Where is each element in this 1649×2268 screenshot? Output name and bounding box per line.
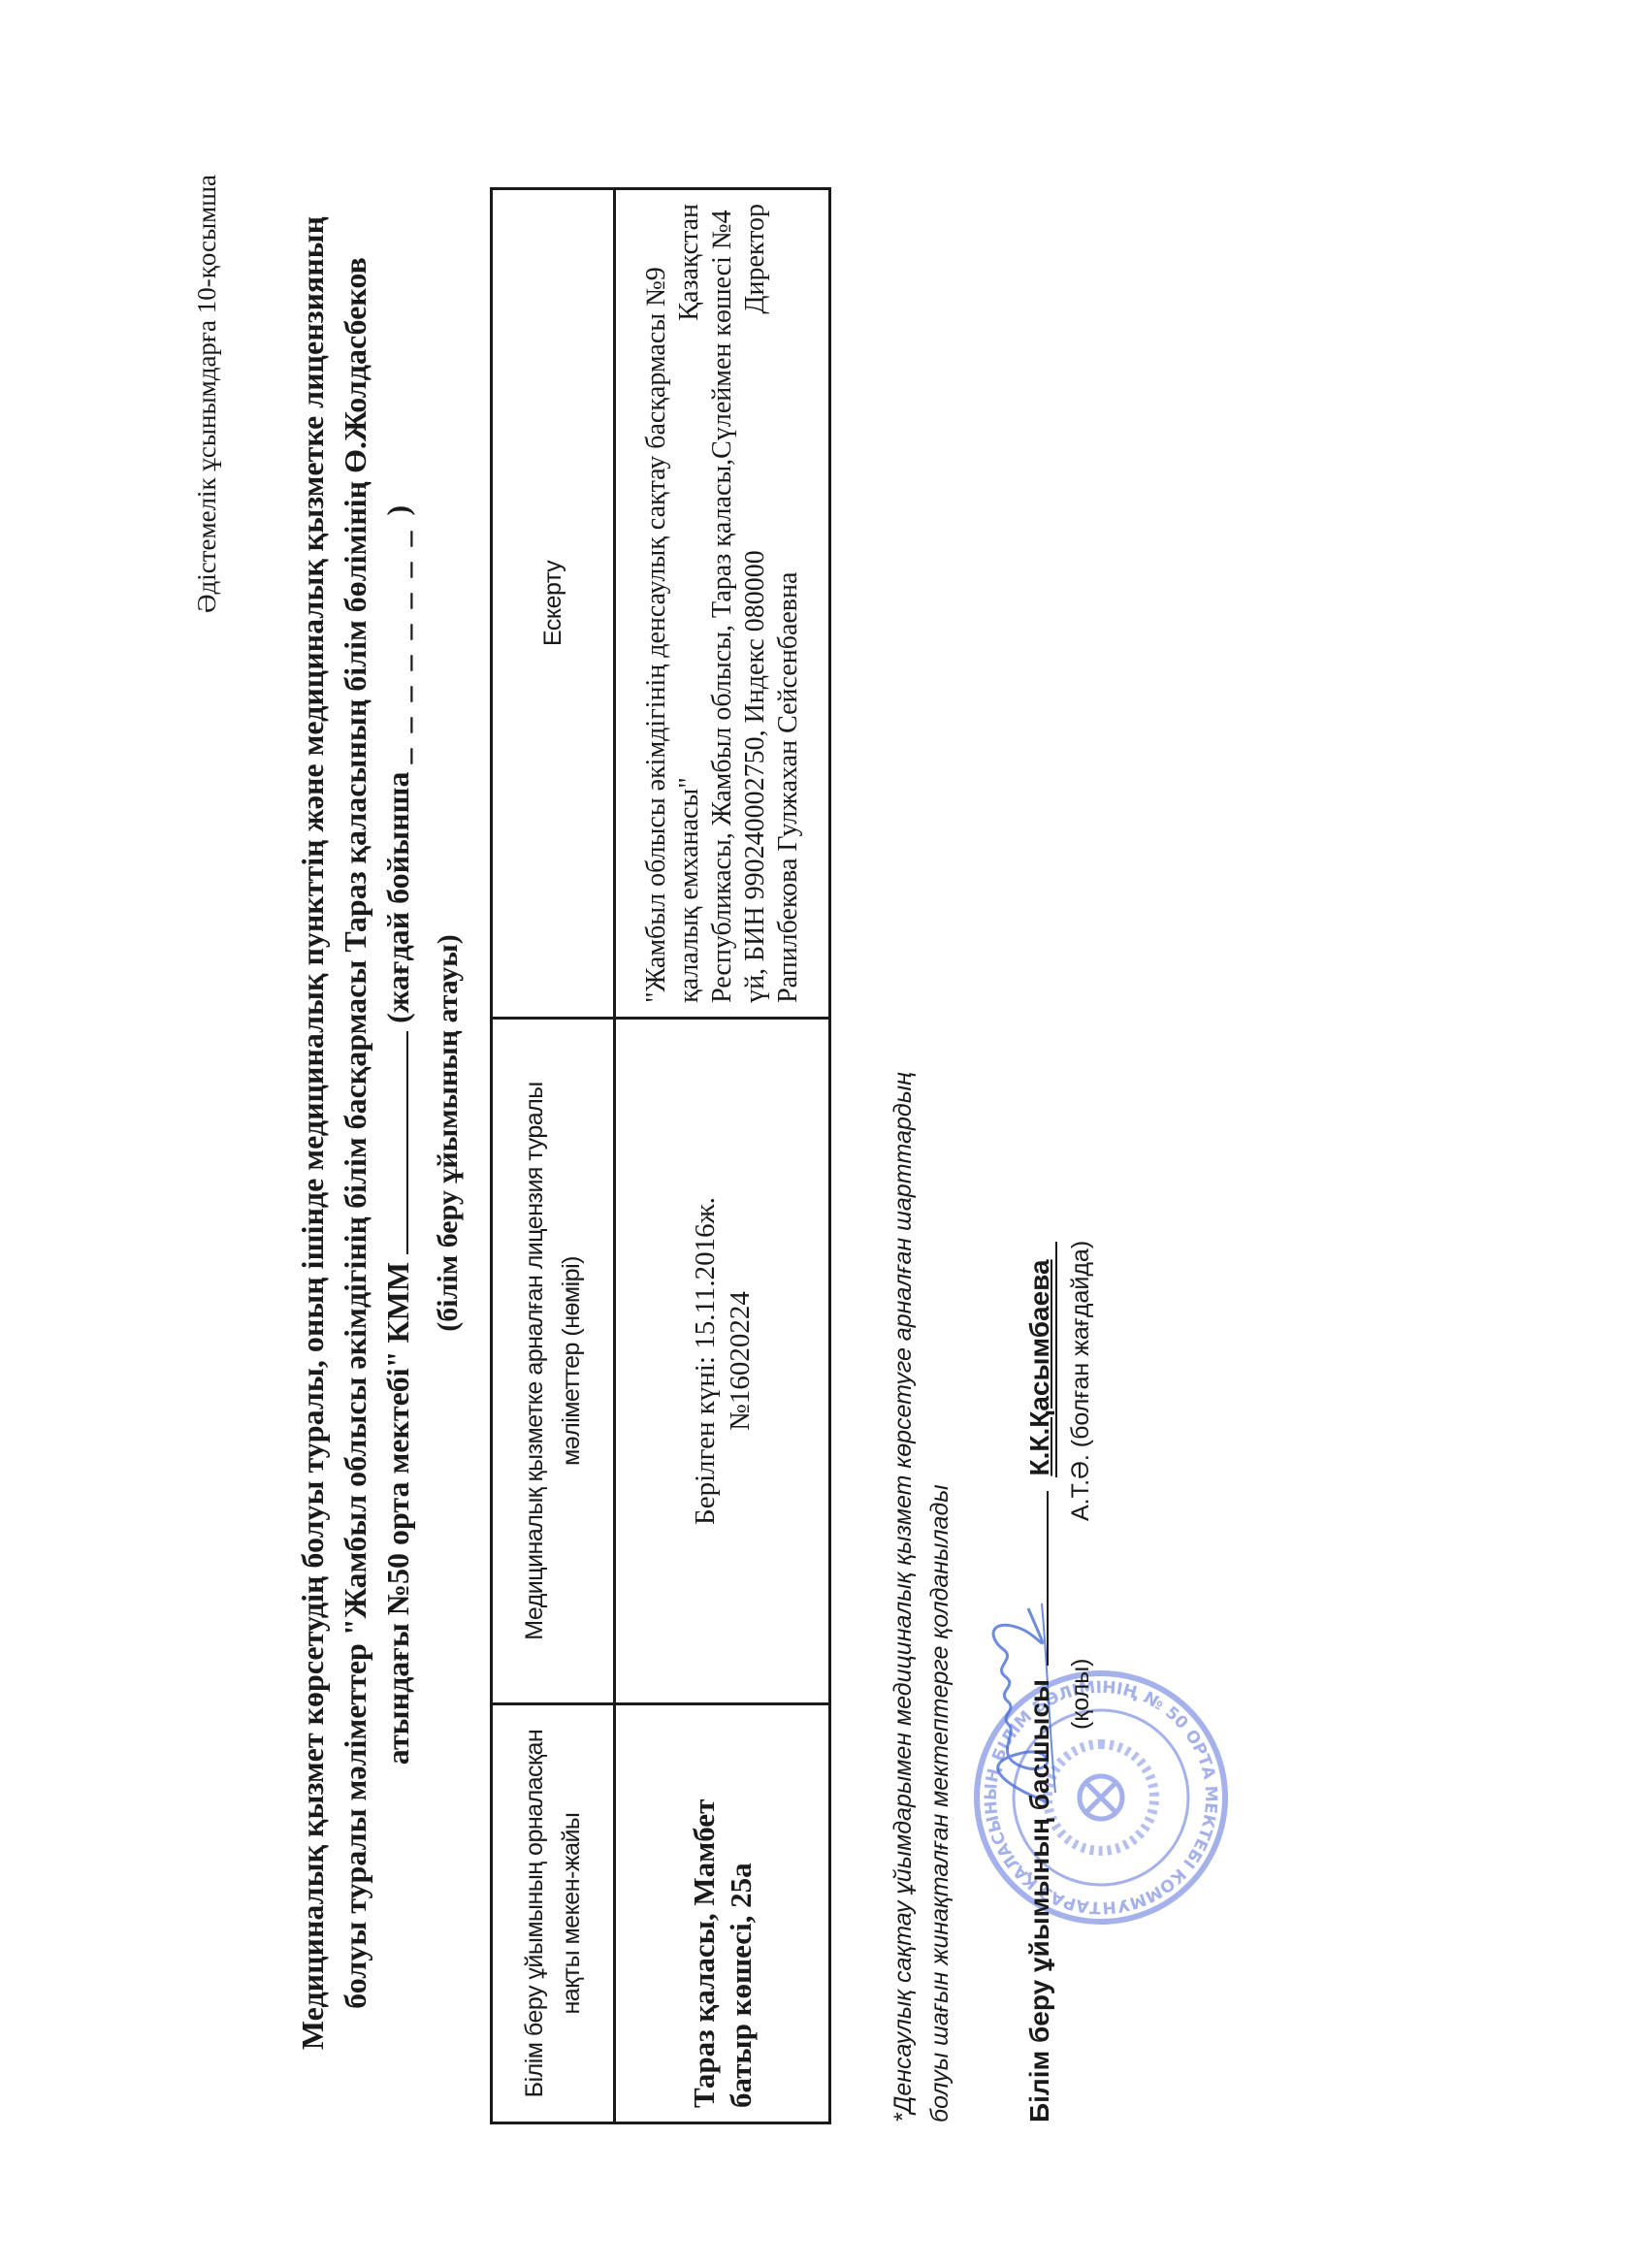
footnote-line-2: болуы шағын жинақталған мектептерге қолд… — [921, 1072, 958, 2122]
handwritten-signature-icon — [960, 1599, 1077, 1812]
footnote-line-1: *Денсаулық сақтау ұйымдарымен медициналы… — [885, 1072, 921, 2122]
school-name-end: атындағы №50 орта мектебі" КММ — [380, 1262, 415, 1765]
license-number: №16020224 — [723, 1033, 758, 1689]
fill-in-blank — [381, 1031, 408, 1254]
name-caption: А.Т.Ә. (болған жағдайда) — [1067, 1241, 1095, 1521]
dashes: _ _ _ _ _ _ _ _ ) — [380, 502, 415, 764]
signature-line — [1023, 1491, 1049, 1666]
title-line-2: болуы туралы мәліметтер "Жамбыл облысы ә… — [334, 144, 376, 2122]
signature-row: Білім беру ұйымының басшысы К.К.Қасымбае… — [1023, 1242, 1057, 2122]
cell-address: Тараз қаласы, Мамбет батыр көшесі, 25а — [615, 1704, 830, 2123]
header-license: Медициналық қызметке арналған лицензия т… — [492, 1018, 615, 1703]
footnote: *Денсаулық сақтау ұйымдарымен медициналы… — [885, 1072, 958, 2122]
header-note: Ескерту — [492, 189, 615, 1019]
header-address: Білім беру ұйымының орналасқан нақты мек… — [492, 1704, 615, 2123]
cell-note: "Жамбыл облысы әкімдігінің денсаулық сақ… — [615, 189, 830, 1019]
license-table: Білім беру ұйымының орналасқан нақты мек… — [490, 187, 831, 2124]
document-page: Әдістемелік ұсынымдарға 10-қосымша Медиц… — [0, 0, 1649, 2268]
table-header-row: Білім беру ұйымының орналасқан нақты мек… — [492, 189, 615, 2123]
role-label: Білім беру ұйымының басшысы — [1024, 1679, 1054, 2122]
note-line: қалалық емханасы"Қазақстан — [673, 204, 706, 1003]
case-note: (жағдай бойынша — [380, 771, 415, 1022]
note-line: Республикасы, Жамбыл облысы, Тараз қалас… — [706, 204, 739, 1003]
signer-name: К.К.Қасымбаева — [1024, 1242, 1057, 1477]
appendix-label: Әдістемелік ұсынымдарға 10-қосымша — [192, 175, 222, 613]
license-issued-date: Берілген күні: 15.11.2016ж. — [688, 1033, 723, 1689]
note-line: Рапилбекова Гулжахан Сейсенбаевна — [772, 204, 805, 1003]
title-line-3: атындағы №50 орта мектебі" КММ (жағдай б… — [376, 144, 419, 2122]
signature-caption: (қолы) — [1067, 1659, 1095, 1731]
table-row: Тараз қаласы, Мамбет батыр көшесі, 25а Б… — [615, 189, 830, 2123]
note-line: үй, БИН 990240002750, Индекс 080000Дирек… — [739, 204, 772, 1003]
title-line-1: Медициналық қызмет көрсетудің болуы тура… — [291, 144, 334, 2122]
note-line: "Жамбыл облысы әкімдігінің денсаулық сақ… — [640, 204, 673, 1003]
title-subcaption: (білім беру ұйымының атауы) — [427, 144, 469, 2122]
cell-license: Берілген күні: 15.11.2016ж. №16020224 — [615, 1018, 830, 1703]
